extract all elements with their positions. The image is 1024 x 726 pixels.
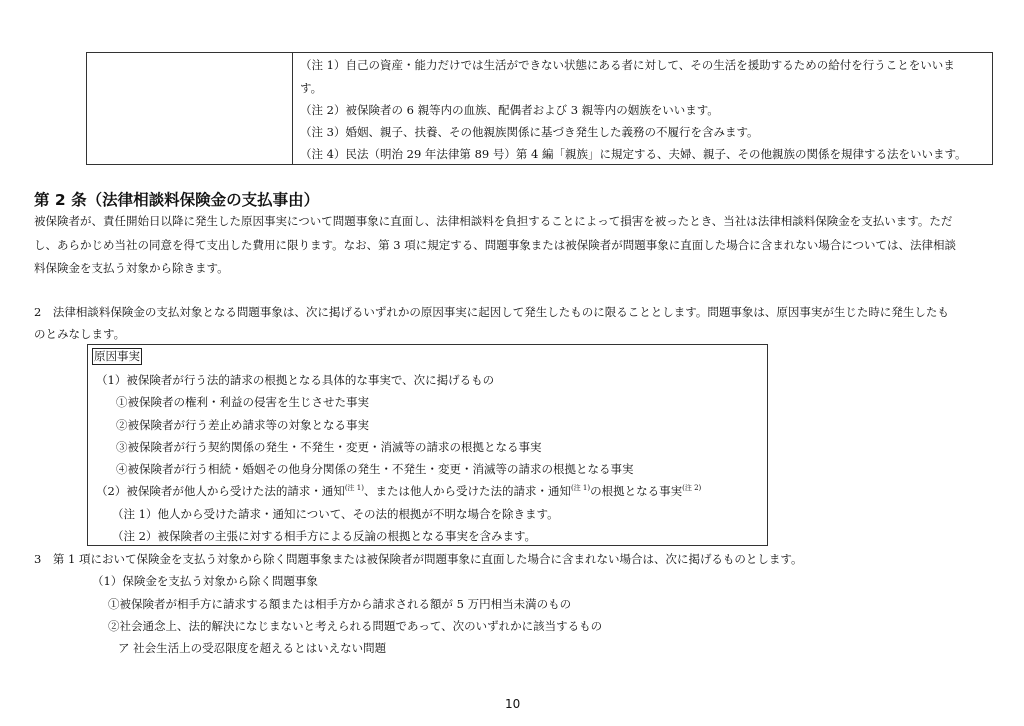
note-1-line-2: す。 (300, 80, 322, 96)
cause-note-2: （注 2）被保険者の主張に対する相手方による反論の根拠となる事実を含みます。 (112, 528, 536, 544)
cause-subitem-2: ②被保険者が行う差止め請求等の対象となる事実 (116, 417, 369, 433)
paragraph-1-line-1: 被保険者が、責任開始日以降に発生した原因事実について問題事象に直面し、法律相談料… (34, 213, 952, 229)
note-1-line-1: （注 1）自己の資産・能力だけでは生活ができない状態にある者に対して、その生活を… (300, 57, 955, 73)
cause-note-1: （注 1）他人から受けた請求・通知について、その法的根拠が不明な場合を除きます。 (112, 506, 559, 522)
paragraph-3-subitem-2: ②社会通念上、法的解決になじまないと考えられる問題であって、次のいずれかに該当す… (108, 618, 602, 634)
cause-item-2-text-b: 、または他人から受けた法的請求・通知 (364, 484, 571, 498)
note-2: （注 2）被保険者の 6 親等内の血族、配偶者および 3 親等内の姻族をいいます… (300, 102, 719, 118)
note-3: （注 3）婚姻、親子、扶養、その他親族関係に基づき発生した義務の不履行を含みます… (300, 124, 759, 140)
cause-item-2-text-c: の根拠となる事実 (590, 484, 682, 498)
page-number: 10 (505, 697, 520, 711)
footnote-ref-1: (注 1) (345, 484, 364, 492)
paragraph-3-subitem-2a: ア 社会生活上の受忍限度を超えるとはいえない問題 (118, 640, 386, 656)
paragraph-3-item-1: （1）保険金を支払う対象から除く問題事象 (92, 573, 318, 589)
paragraph-2-line-2: のとみなします。 (34, 326, 125, 342)
footnote-ref-1b: (注 1) (571, 484, 590, 492)
cause-subitem-4: ④被保険者が行う相続・婚姻その他身分関係の発生・不発生・変更・消滅等の請求の根拠… (116, 461, 634, 477)
paragraph-2-line-1: 2 法律相談料保険金の支払対象となる問題事象は、次に掲げるいずれかの原因事実に起… (34, 304, 949, 320)
cause-facts-label: 原因事実 (92, 348, 142, 365)
cause-subitem-3: ③被保険者が行う契約関係の発生・不発生・変更・消滅等の請求の根拠となる事実 (116, 439, 542, 455)
cause-subitem-1: ①被保険者の権利・利益の侵害を生じさせた事実 (116, 394, 369, 410)
paragraph-3-subitem-1: ①被保険者が相手方に請求する額または相手方から請求される額が 5 万円相当未満の… (108, 596, 571, 612)
cause-item-2-text-a: （2）被保険者が他人から受けた法的請求・通知 (96, 484, 345, 498)
note-4: （注 4）民法（明治 29 年法律第 89 号）第 4 編「親族」に規定する、夫… (300, 146, 967, 162)
article-title: 第 2 条（法律相談料保険金の支払事由） (34, 188, 319, 210)
cause-item-1: （1）被保険者が行う法的請求の根拠となる具体的な事実で、次に掲げるもの (96, 372, 494, 388)
paragraph-1-line-3: 料保険金を支払う対象から除きます。 (34, 260, 229, 276)
paragraph-3-intro: 3 第 1 項において保険金を支払う対象から除く問題事象または被保険者が問題事象… (34, 551, 803, 567)
paragraph-1-line-2: し、あらかじめ当社の同意を得て支出した費用に限ります。なお、第 3 項に規定する… (34, 237, 956, 253)
footnote-ref-2: (注 2) (682, 484, 701, 492)
cause-item-2: （2）被保険者が他人から受けた法的請求・通知(注 1)、または他人から受けた法的… (96, 483, 701, 499)
table-divider (292, 53, 293, 164)
